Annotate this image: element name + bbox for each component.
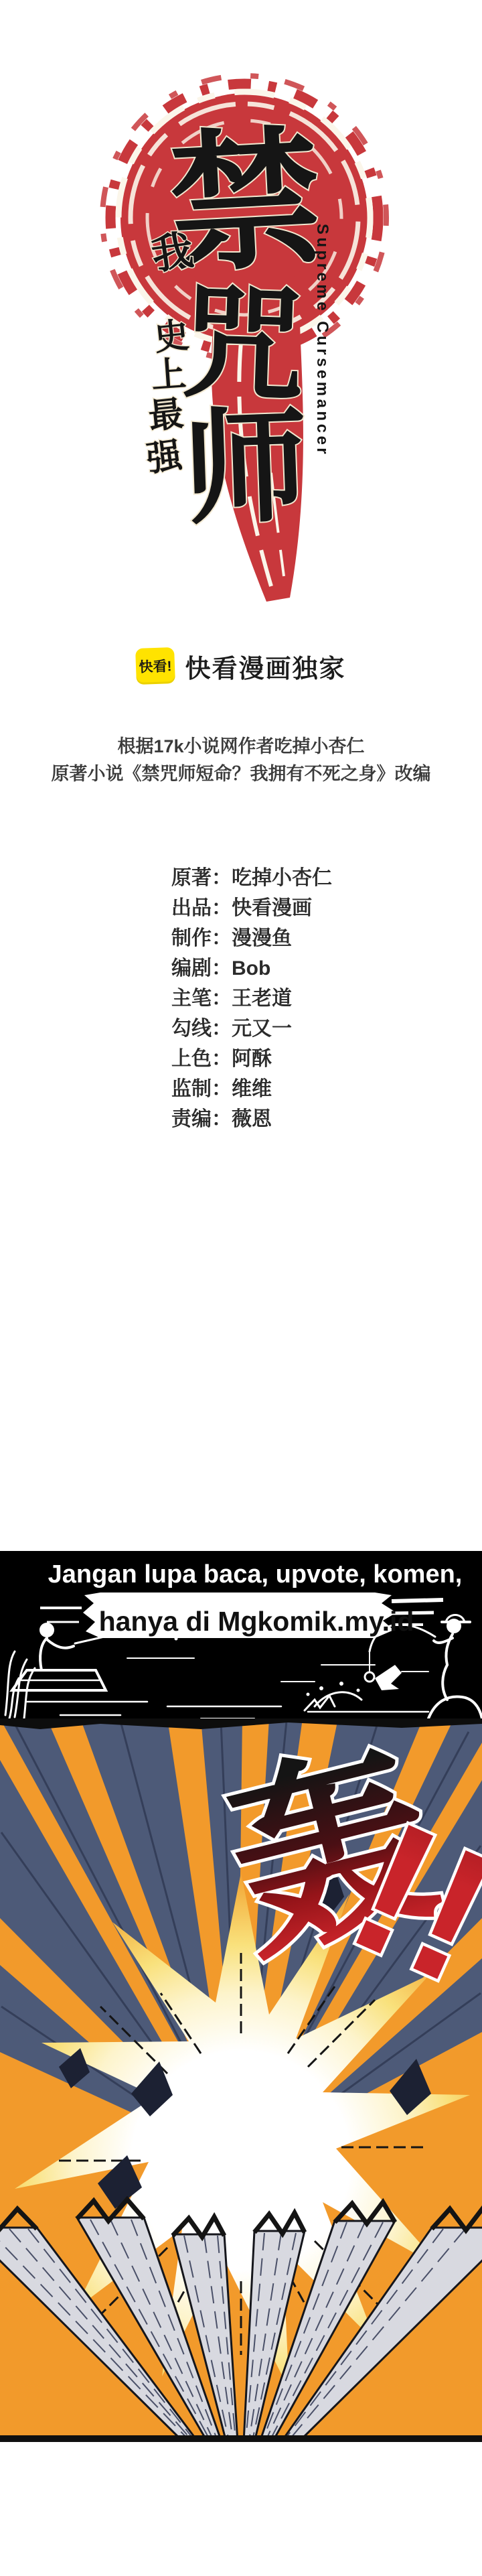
webtoon-page: 禁 咒 师 我 史 上 最 强 Supreme Cursemancer 快看! … (0, 0, 482, 2576)
credit-line-coloring: 上色：阿酥 (171, 1044, 453, 1074)
credit-line-lead-artist: 主笔：王老道 (171, 984, 453, 1014)
series-logo: 禁 咒 师 我 史 上 最 强 Supreme Cursemancer (0, 20, 482, 616)
logo-side-char: 最 (147, 393, 185, 437)
kuaikan-badge-text: 快看! (139, 655, 172, 677)
logo-title-char-3: 师 (181, 392, 310, 542)
credit-line-production: 制作：漫漫鱼 (171, 923, 453, 953)
logo-ink-art: 禁 咒 师 我 史 上 最 强 Supreme Cursemancer (0, 20, 482, 616)
credit-line-screenwriter: 编剧：Bob (171, 953, 453, 984)
promo-banner: Jangan lupa baca, upvote, komen, hanya d… (0, 1551, 482, 1718)
kuaikan-badge-icon: 快看! (136, 647, 176, 685)
credits-list: 原著：吃掉小杏仁 出品：快看漫画 制作：漫漫鱼 编剧：Bob 主笔：王老道 勾线… (171, 863, 453, 1134)
credit-line-editor: 责编：薇恩 (171, 1104, 453, 1134)
adaptation-line-1: 根据17k小说网作者吃掉小杏仁 (0, 733, 482, 760)
logo-title-calligraphy: 禁 咒 师 (165, 110, 325, 542)
logo-side-char: 史 (152, 314, 191, 358)
adaptation-note: 根据17k小说网作者吃掉小杏仁 原著小说《禁咒师短命？我拥有不死之身》改编 (0, 733, 482, 788)
logo-english-subtitle: Supreme Cursemancer (313, 224, 331, 457)
publisher-row: 快看! 快看漫画独家 (0, 645, 482, 687)
promo-banner-art: Jangan lupa baca, upvote, komen, hanya d… (0, 1551, 482, 1718)
adaptation-line-2: 原著小说《禁咒师短命？我拥有不死之身》改编 (0, 760, 482, 788)
comic-panel: 轰 !! (0, 1718, 482, 2442)
explosion-panel-art: 轰 !! (0, 1718, 482, 2442)
credit-line-lineart: 勾线：元又一 (171, 1014, 453, 1044)
logo-side-char: 强 (143, 434, 185, 480)
credit-line-supervisor: 监制：维维 (171, 1074, 453, 1104)
publisher-label: 快看漫画独家 (185, 648, 345, 685)
banner-line-2: hanya di Mgkomik.my.id (99, 1606, 414, 1637)
credit-line-producer: 出品：快看漫画 (171, 893, 453, 923)
banner-line-1: Jangan lupa baca, upvote, komen, (48, 1560, 463, 1588)
credit-line-original-author: 原著：吃掉小杏仁 (171, 863, 453, 893)
panel-bottom-border (0, 2435, 482, 2442)
logo-side-char: 我 (149, 225, 197, 279)
logo-side-char: 上 (150, 353, 187, 396)
